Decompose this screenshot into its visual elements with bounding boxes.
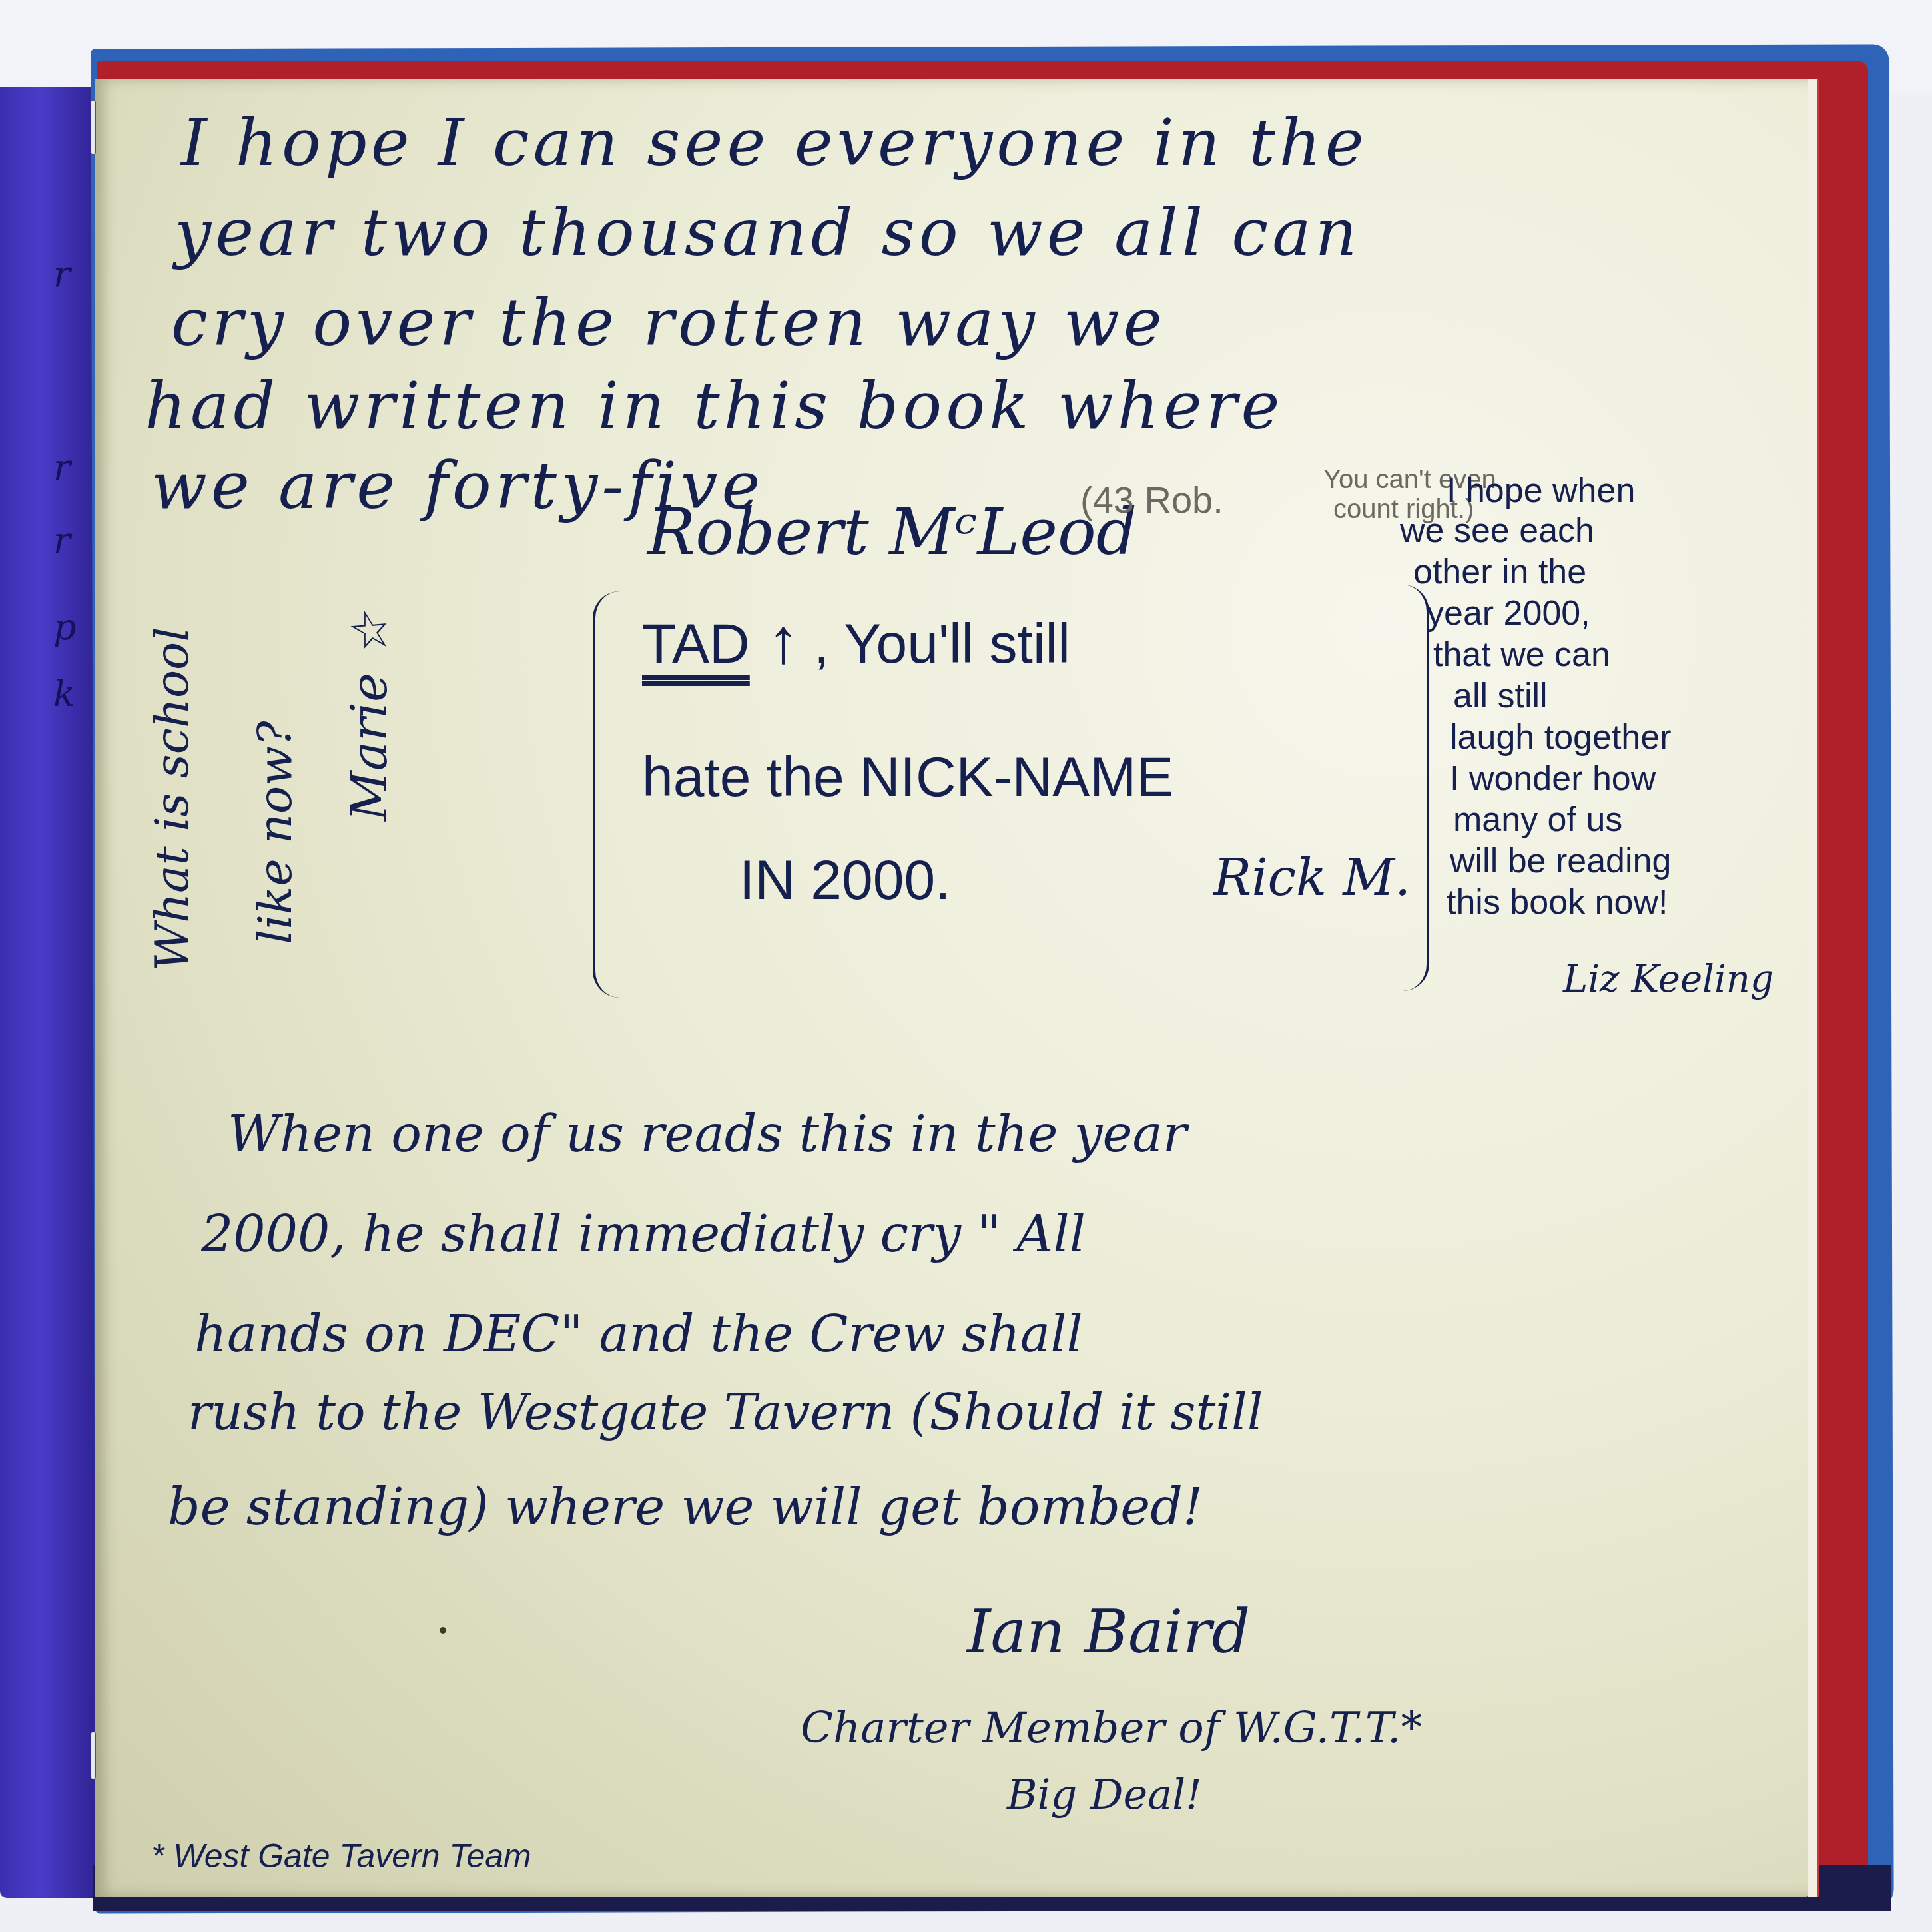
- autograph-page: I hope I can see everyone in the year tw…: [95, 79, 1813, 1897]
- cover-fragment: r: [53, 446, 71, 488]
- cover-fragment: p: [53, 606, 77, 648]
- entry-line: I wonder how: [1450, 759, 1656, 798]
- entry-line: cry over the rotten way we: [171, 285, 1166, 361]
- entry-line: other in the: [1413, 553, 1586, 591]
- signature-rick: Rick M.: [1213, 848, 1411, 907]
- staple-top: [91, 100, 96, 155]
- entry-line: be standing) where we will get bombed!: [168, 1477, 1203, 1536]
- signature-ian: Ian Baird: [967, 1597, 1250, 1667]
- rick-line3: IN 2000.: [739, 848, 951, 912]
- marie-question-line2: like now?: [248, 721, 302, 944]
- arrow-up-icon: ↑: [767, 605, 799, 678]
- left-bracket: [593, 591, 622, 998]
- signature-robert: Robert MᶜLeod: [647, 495, 1137, 569]
- right-bracket: [1400, 585, 1429, 991]
- marie-question-line1: What is school: [145, 627, 199, 971]
- paper-speck: [440, 1627, 446, 1634]
- entry-line: laugh together: [1450, 718, 1672, 757]
- entry-line: rush to the Westgate Tavern (Should it s…: [188, 1384, 1263, 1441]
- entry-line: that we can: [1433, 635, 1610, 674]
- ian-title: Charter Member of W.G.T.T.*: [801, 1704, 1422, 1753]
- entry-line: I hope when: [1447, 472, 1635, 510]
- entry-line: year 2000,: [1427, 594, 1590, 633]
- entry-line: hands on DEC" and the Crew shall: [194, 1304, 1083, 1363]
- cover-fragment: k: [53, 673, 75, 715]
- entry-line: will be reading: [1450, 842, 1671, 880]
- pencil-note-part1: (43 Rob.: [1080, 478, 1223, 521]
- entry-line: many of us: [1453, 801, 1622, 839]
- entry-line: When one of us reads this in the year: [228, 1104, 1187, 1163]
- rick-line2: hate the NICK-NAME: [642, 745, 1173, 809]
- rick-line1: , You'll still: [814, 611, 1070, 676]
- signature-marie: Marie ☆: [341, 613, 398, 821]
- nickname-tad: TAD: [642, 611, 750, 676]
- entry-line: this book now!: [1447, 883, 1668, 922]
- entry-line: we see each: [1400, 511, 1594, 550]
- cover-fragment: r: [53, 253, 71, 295]
- entry-line: 2000, he shall immediatly cry " All: [201, 1204, 1086, 1263]
- entry-line: had written in this book where: [145, 368, 1284, 444]
- entry-line: year two thousand so we all can: [174, 195, 1361, 271]
- signature-liz: Liz Keeling: [1563, 958, 1774, 1001]
- footnote: * West Gate Tavern Team: [151, 1837, 531, 1875]
- cover-fragment: r: [53, 519, 71, 561]
- staple-bottom: [91, 1732, 96, 1779]
- front-cover-purple: r r r p k: [0, 87, 100, 1898]
- entry-line: I hope I can see everyone in the: [181, 105, 1368, 181]
- ian-tagline: Big Deal!: [1007, 1770, 1202, 1819]
- entry-line: all still: [1453, 677, 1548, 715]
